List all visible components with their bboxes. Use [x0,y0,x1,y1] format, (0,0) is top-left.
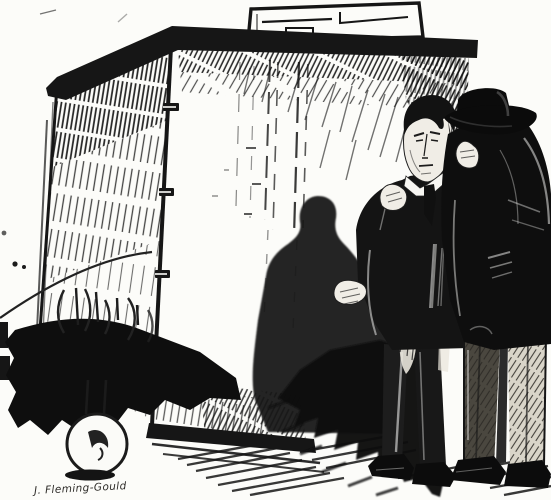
illustration-canvas: J. Fleming-Gould [0,0,551,500]
flask-base-shadow [65,470,115,481]
man1-lower-hand [334,280,367,304]
man2-trousers [464,336,546,468]
illustration-page: J. Fleming-Gould [0,0,551,500]
man1-raised-hand [380,184,407,210]
